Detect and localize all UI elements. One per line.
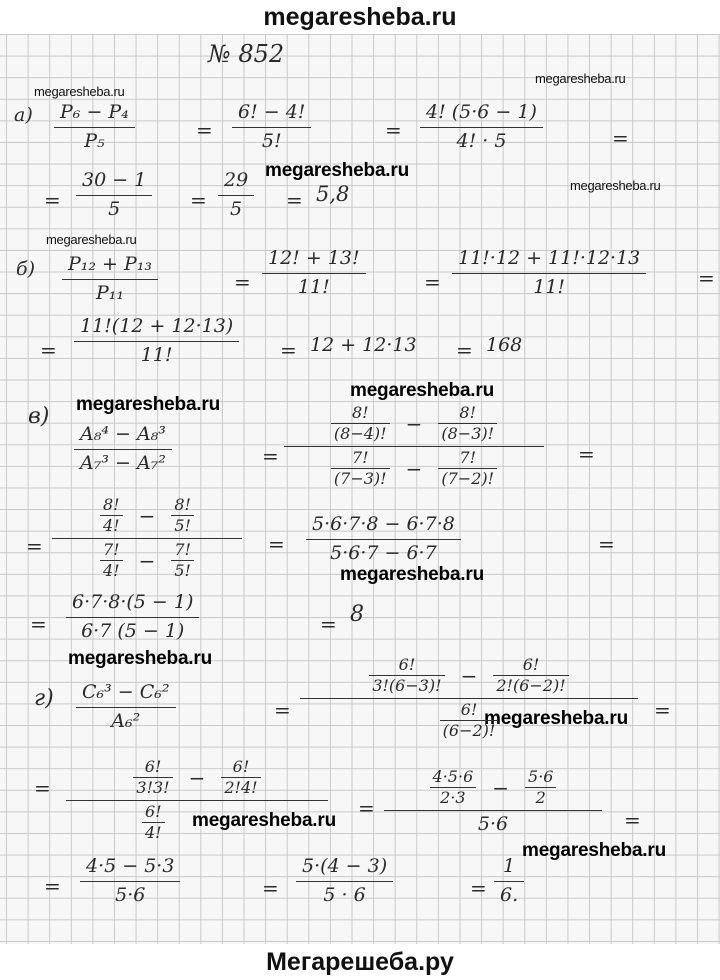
site-footer: Мегарешеба.ру — [0, 944, 720, 980]
part-v-result: 8 — [350, 604, 364, 626]
problem-number: № 852 — [208, 42, 284, 66]
watermark: megaresheba.ru — [34, 84, 124, 99]
part-b-step3: 11!(12 + 12·13)11! — [74, 316, 239, 367]
part-a-label: а) — [14, 106, 33, 125]
part-g-step5: 5·(4 − 3)5 · 6 — [296, 856, 393, 907]
part-a-expression: P₆ − P₄P₅ — [54, 102, 135, 153]
part-g-step2: 6!3!3! − 6!2!4! 6!4! — [66, 758, 328, 843]
part-v-step1: 8!(8−4)! − 8!(8−3)! 7!(7−3)! − 7!(7−2)! — [284, 404, 544, 489]
part-b-step2: 11!·12 + 11!·12·1311! — [452, 248, 646, 299]
part-g-result: 16. — [494, 856, 524, 907]
watermark: megaresheba.ru — [340, 564, 484, 586]
part-v-step3: 5·6·7·8 − 6·7·85·6·7 − 6·7 — [306, 514, 461, 565]
watermark: megaresheba.ru — [570, 178, 660, 193]
part-v-expression: A₈⁴ − A₈³A₇³ − A₇² — [74, 424, 172, 475]
part-a-result: 5,8 — [316, 184, 349, 205]
part-b-expression: P₁₂ + P₁₃P₁₁ — [62, 254, 158, 305]
part-g-expression: C₆³ − C₆²A₆² — [76, 682, 176, 733]
part-g-step1: 6!3!(6−3)! − 6!2!(6−2)! 6!(6−2)! — [300, 656, 638, 741]
watermark: megaresheba.ru — [522, 840, 666, 862]
part-a-step1: 6! − 4!5! — [232, 102, 311, 153]
watermark: megaresheba.ru — [46, 232, 136, 247]
watermark: megaresheba.ru — [68, 648, 212, 670]
part-v-label: в) — [28, 406, 49, 428]
part-b-result: 168 — [486, 336, 522, 355]
part-v-step2: 8!4! − 8!5! 7!4! − 7!5! — [52, 496, 242, 581]
part-b-step1: 12! + 13!11! — [262, 248, 366, 299]
part-g-label: г) — [34, 688, 54, 710]
part-a-step3: 30 − 15 — [76, 170, 152, 221]
part-g-step3: 4·5·62·3 − 5·62 5·6 — [384, 768, 602, 835]
part-a-step2: 4! (5·6 − 1)4! · 5 — [420, 102, 543, 153]
watermark: megaresheba.ru — [350, 380, 494, 402]
watermark: megaresheba.ru — [265, 160, 409, 182]
watermark: megaresheba.ru — [535, 71, 625, 86]
part-b-label: б) — [16, 260, 35, 279]
site-header: megaresheba.ru — [0, 0, 720, 34]
part-b-step4: 12 + 12·13 — [310, 336, 417, 355]
part-g-step4: 4·5 − 5·35·6 — [80, 856, 180, 907]
part-a-step4: 295 — [218, 170, 254, 221]
part-v-step4: 6·7·8·(5 − 1)6·7 (5 − 1) — [66, 592, 199, 643]
notebook-sheet: № 852 megaresheba.ru megaresheba.ru mega… — [0, 34, 720, 944]
watermark: megaresheba.ru — [76, 394, 220, 416]
